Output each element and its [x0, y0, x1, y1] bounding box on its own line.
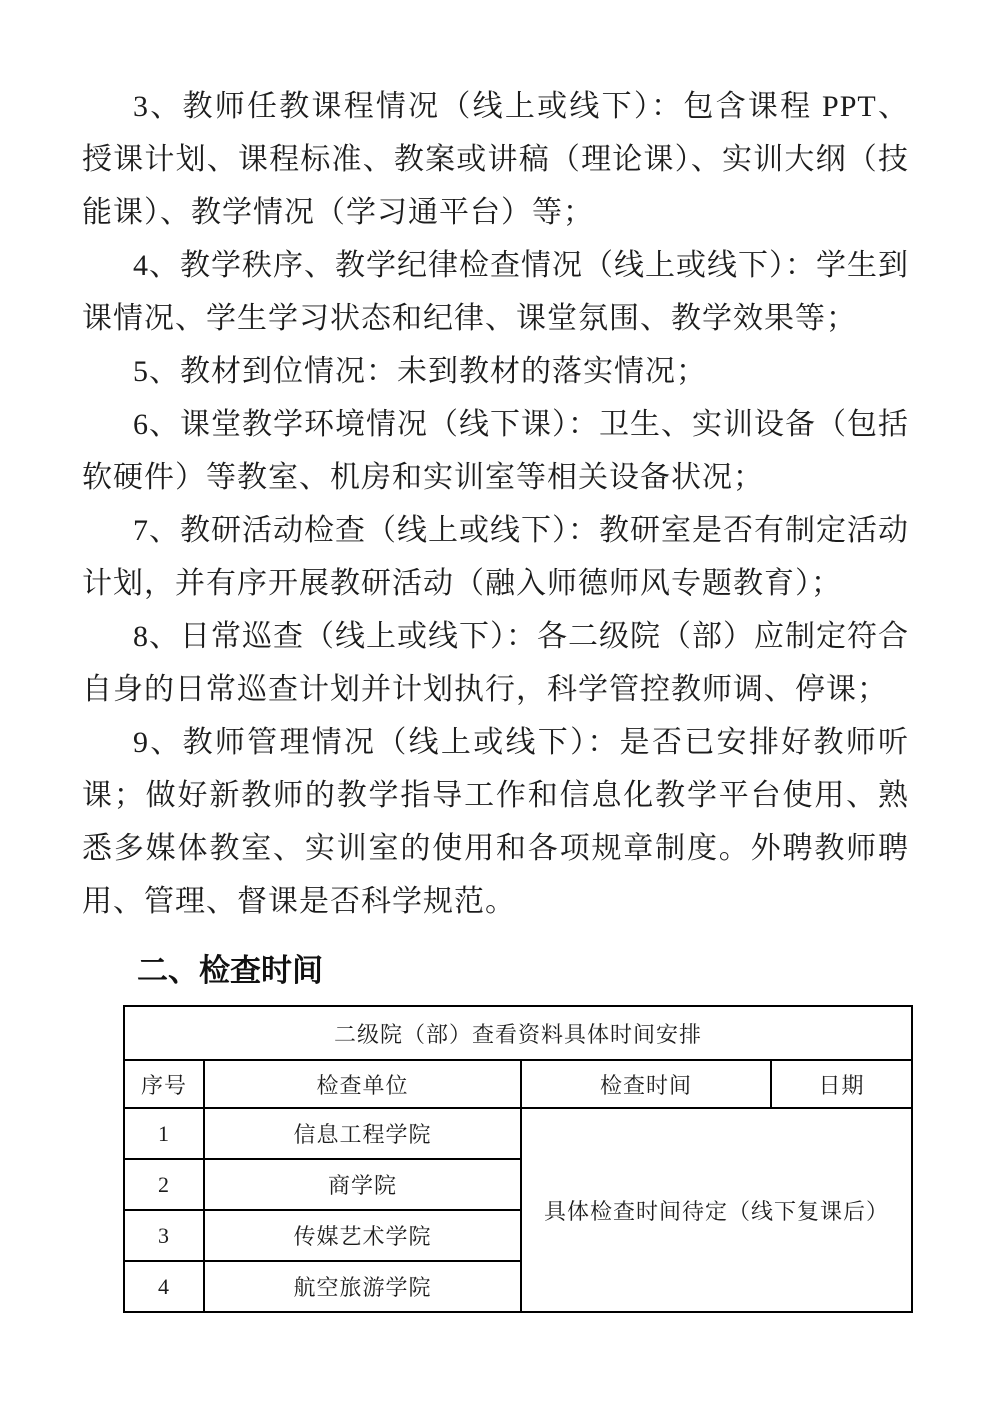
unit-name-cell: 传媒艺术学院: [204, 1210, 521, 1261]
table-header-row: 序号 检查单位 检查时间 日期: [124, 1060, 912, 1108]
table-header-cell-time: 检查时间: [521, 1060, 771, 1108]
row-number-cell: 4: [124, 1261, 204, 1312]
table-header-cell-unit: 检查单位: [204, 1060, 521, 1108]
document-content: 3、教师任教课程情况（线上或线下）：包含课程 PPT、授课计划、课程标准、教案或…: [82, 80, 909, 1313]
table-title-row: 二级院（部）查看资料具体时间安排: [124, 1006, 912, 1060]
body-paragraph: 4、教学秩序、教学纪律检查情况（线上或线下）：学生到课情况、学生学习状态和纪律、…: [82, 239, 909, 345]
unit-name-cell: 航空旅游学院: [204, 1261, 521, 1312]
merged-time-cell: 具体检查时间待定（线下复课后）: [521, 1108, 912, 1312]
table-title-cell: 二级院（部）查看资料具体时间安排: [124, 1006, 912, 1060]
body-paragraph: 7、教研活动检查（线上或线下）：教研室是否有制定活动计划，并有序开展教研活动（融…: [82, 504, 909, 610]
body-paragraph: 5、教材到位情况：未到教材的落实情况；: [82, 345, 909, 398]
body-paragraph: 6、课堂教学环境情况（线下课）：卫生、实训设备（包括软硬件）等教室、机房和实训室…: [82, 398, 909, 504]
table-row: 1 信息工程学院 具体检查时间待定（线下复课后）: [124, 1108, 912, 1159]
body-paragraph: 9、教师管理情况（线上或线下）：是否已安排好教师听课；做好新教师的教学指导工作和…: [82, 716, 909, 928]
row-number-cell: 3: [124, 1210, 204, 1261]
body-paragraph: 3、教师任教课程情况（线上或线下）：包含课程 PPT、授课计划、课程标准、教案或…: [82, 80, 909, 239]
section-heading: 二、检查时间: [82, 949, 909, 993]
row-number-cell: 2: [124, 1159, 204, 1210]
table-header-cell-date: 日期: [771, 1060, 912, 1108]
unit-name-cell: 信息工程学院: [204, 1108, 521, 1159]
unit-name-cell: 商学院: [204, 1159, 521, 1210]
row-number-cell: 1: [124, 1108, 204, 1159]
table-header-cell-no: 序号: [124, 1060, 204, 1108]
inspection-schedule-table: 二级院（部）查看资料具体时间安排 序号 检查单位 检查时间 日期 1 信息工程学…: [123, 1005, 913, 1313]
document-page: 3、教师任教课程情况（线上或线下）：包含课程 PPT、授课计划、课程标准、教案或…: [0, 0, 992, 1403]
body-paragraph: 8、日常巡查（线上或线下）：各二级院（部）应制定符合自身的日常巡查计划并计划执行…: [82, 610, 909, 716]
